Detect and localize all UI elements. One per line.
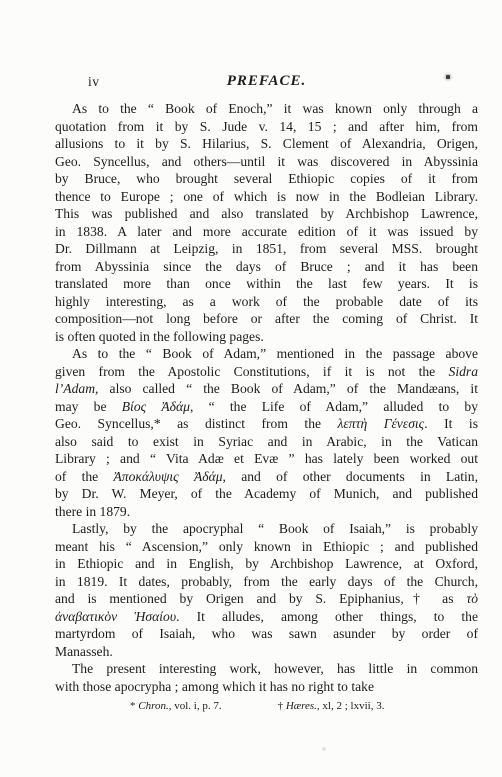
text-run: by Dr. W. Meyer, of the Academy of Munic… bbox=[55, 486, 478, 501]
text-line: from Abyssinia since the days of Bruce ;… bbox=[55, 258, 478, 276]
text-line: in Ethiopic and in English, by Archbisho… bbox=[55, 555, 478, 573]
text-run: Manasseh. bbox=[55, 644, 113, 659]
text-run: in 1819. It dates, probably, from the ea… bbox=[55, 574, 478, 589]
scan-speck-faint bbox=[322, 747, 326, 751]
text-line: quotation from it by S. Jude v. 14, 15 ;… bbox=[55, 118, 478, 136]
paragraph: Lastly, by the apocryphal “ Book of Isai… bbox=[55, 520, 478, 660]
footnote-right: † Hæres., xl, 2 ; lxvii, 3. bbox=[278, 699, 385, 714]
text-line: and is mentioned by Origen and by S. Epi… bbox=[55, 590, 478, 608]
text-line: may be Βίος Ἀδάμ, “ the Life of Adam,” a… bbox=[55, 398, 478, 416]
text-run: Dr. Dillmann at Leipzig, in 1851, from s… bbox=[55, 241, 478, 256]
text-run: This was published and also translated b… bbox=[55, 206, 478, 221]
text-run: , and of other documents in Latin, bbox=[223, 469, 478, 484]
text-line: given from the Apostolic Constitutions, … bbox=[55, 363, 478, 381]
page-number: iv bbox=[88, 74, 100, 90]
text-line: meant his “ Ascension,” only known in Et… bbox=[55, 538, 478, 556]
text-line: l’Adam, also called “ the Book of Adam,”… bbox=[55, 380, 478, 398]
text-run: by Bruce, who brought several Ethiopic c… bbox=[55, 171, 478, 186]
paragraph: As to the “ Book of Adam,” mentioned in … bbox=[55, 345, 478, 520]
text-line: by Dr. W. Meyer, of the Academy of Munic… bbox=[55, 485, 478, 503]
text-run: is often quoted in the following pages. bbox=[55, 329, 264, 344]
text-line: also said to exist in Syriac and in Arab… bbox=[55, 433, 478, 451]
text-run: thence to Europe ; one of which is now i… bbox=[55, 189, 478, 204]
text-run: from Abyssinia since the days of Bruce ;… bbox=[55, 259, 478, 274]
text-line: allusions to it by S. Hilarius, S. Cleme… bbox=[55, 135, 478, 153]
italic-text-run: Hæres. bbox=[286, 700, 317, 712]
text-line: with those apocrypha ; among which it ha… bbox=[55, 678, 478, 696]
text-line: thence to Europe ; one of which is now i… bbox=[55, 188, 478, 206]
text-run: , also called “ the Book of Adam,” of th… bbox=[95, 381, 478, 396]
text-line: ἀναβατικὸν Ἡσαίου. It alludes, among oth… bbox=[55, 608, 478, 626]
text-line: Lastly, by the apocryphal “ Book of Isai… bbox=[55, 520, 478, 538]
text-run: and is mentioned by Origen and by S. Epi… bbox=[55, 591, 466, 606]
text-line: highly interesting, as a work of the pro… bbox=[55, 293, 478, 311]
text-run: Lastly, by the apocryphal “ Book of Isai… bbox=[72, 521, 478, 536]
text-line: As to the “ Book of Adam,” mentioned in … bbox=[55, 345, 478, 363]
italic-text-run: l’Adam bbox=[55, 381, 95, 396]
text-run: , xl, 2 ; lxvii, 3. bbox=[317, 700, 385, 712]
text-line: Geo. Syncellus,* as distinct from the λε… bbox=[55, 415, 478, 433]
text-line: martyrdom of Isaiah, who was sawn asunde… bbox=[55, 625, 478, 643]
text-line: Library ; and “ Vita Adæ et Evæ ” has la… bbox=[55, 450, 478, 468]
text-run: As to the “ Book of Enoch,” it was known… bbox=[72, 101, 478, 116]
italic-text-run: Chron. bbox=[138, 700, 168, 712]
text-run: in 1838. A later and more accurate editi… bbox=[55, 224, 478, 239]
text-run: also said to exist in Syriac and in Arab… bbox=[55, 434, 478, 449]
text-run: in Ethiopic and in English, by Archbisho… bbox=[55, 556, 478, 571]
paragraph: The present interesting work, however, h… bbox=[55, 660, 478, 695]
text-run: meant his “ Ascension,” only known in Et… bbox=[55, 539, 478, 554]
text-run: highly interesting, as a work of the pro… bbox=[55, 294, 478, 309]
text-run: * bbox=[130, 700, 138, 712]
text-run: † bbox=[278, 700, 286, 712]
text-run: composition—not long before or after the… bbox=[55, 311, 478, 326]
text-run: translated more than once within the las… bbox=[55, 276, 478, 291]
text-run: As to the “ Book of Adam,” mentioned in … bbox=[72, 346, 478, 361]
page-title: PREFACE. bbox=[55, 73, 478, 90]
text-line: by Bruce, who brought several Ethiopic c… bbox=[55, 170, 478, 188]
italic-text-run: λεπτὴ Γένεσις bbox=[338, 416, 425, 431]
text-run: , “ the Life of Adam,” alluded to by bbox=[190, 399, 478, 414]
text-run: of the bbox=[55, 469, 113, 484]
text-line: This was published and also translated b… bbox=[55, 205, 478, 223]
text-line: Dr. Dillmann at Leipzig, in 1851, from s… bbox=[55, 240, 478, 258]
italic-text-run: Ἀποκάλυψις Ἀδάμ bbox=[113, 469, 222, 484]
text-run: The present interesting work, however, h… bbox=[72, 661, 478, 676]
text-run: . It alludes, among other things, to the bbox=[176, 609, 478, 624]
text-run: Geo. Syncellus, and others—until it was … bbox=[55, 154, 478, 169]
page-header: iv PREFACE. bbox=[55, 73, 478, 91]
text-run: , vol. i, p. 7. bbox=[169, 700, 222, 712]
text-run: Library ; and “ Vita Adæ et Evæ ” has la… bbox=[55, 451, 478, 466]
text-run: allusions to it by S. Hilarius, S. Cleme… bbox=[55, 136, 478, 151]
footnotes: * Chron., vol. i, p. 7. † Hæres., xl, 2 … bbox=[55, 699, 478, 714]
text-line: translated more than once within the las… bbox=[55, 275, 478, 293]
text-line: Geo. Syncellus, and others—until it was … bbox=[55, 153, 478, 171]
text-run: given from the Apostolic Constitutions, … bbox=[55, 364, 449, 379]
italic-text-run: ἀναβατικὸν Ἡσαίου bbox=[55, 609, 176, 624]
italic-text-run: Sidra bbox=[449, 364, 478, 379]
text-line: Manasseh. bbox=[55, 643, 478, 661]
text-line: of the Ἀποκάλυψις Ἀδάμ, and of other doc… bbox=[55, 468, 478, 486]
text-run: martyrdom of Isaiah, who was sawn asunde… bbox=[55, 626, 478, 641]
text-line: As to the “ Book of Enoch,” it was known… bbox=[55, 100, 478, 118]
italic-text-run: τὸ bbox=[466, 591, 478, 606]
text-line: is often quoted in the following pages. bbox=[55, 328, 478, 346]
scan-speck-dark bbox=[446, 75, 450, 79]
text-line: composition—not long before or after the… bbox=[55, 310, 478, 328]
body-text: As to the “ Book of Enoch,” it was known… bbox=[55, 100, 478, 695]
text-run: Geo. Syncellus,* as distinct from the bbox=[55, 416, 338, 431]
text-run: there in 1879. bbox=[55, 504, 130, 519]
text-run: quotation from it by S. Jude v. 14, 15 ;… bbox=[55, 119, 478, 134]
paragraph: As to the “ Book of Enoch,” it was known… bbox=[55, 100, 478, 345]
italic-text-run: Βίος Ἀδάμ bbox=[122, 399, 190, 414]
text-line: The present interesting work, however, h… bbox=[55, 660, 478, 678]
text-line: in 1819. It dates, probably, from the ea… bbox=[55, 573, 478, 591]
text-run: with those apocrypha ; among which it ha… bbox=[55, 679, 374, 694]
text-line: there in 1879. bbox=[55, 503, 478, 521]
text-line: in 1838. A later and more accurate editi… bbox=[55, 223, 478, 241]
text-run: . It is bbox=[424, 416, 478, 431]
footnote-left: * Chron., vol. i, p. 7. bbox=[130, 699, 222, 714]
text-run: may be bbox=[55, 399, 122, 414]
